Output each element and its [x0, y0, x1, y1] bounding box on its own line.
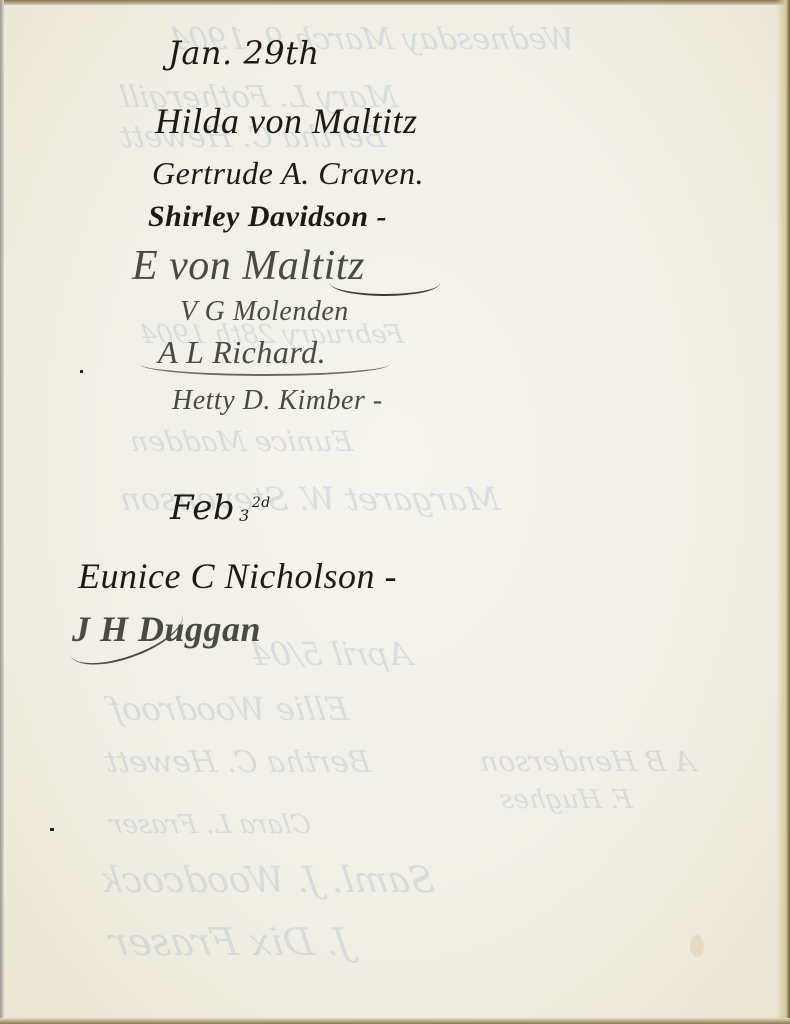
bleed-through-text: April 5/04 — [247, 635, 414, 673]
bleed-through-text: A B Henderson — [478, 745, 697, 778]
signature-underline — [140, 352, 390, 376]
paper-stain — [690, 935, 704, 957]
page-bottom-edge — [0, 1018, 790, 1024]
date-month: Feb — [170, 488, 235, 528]
bleed-through-text: Bertha C. Hewett — [103, 745, 373, 780]
ink-speck — [80, 370, 83, 373]
book-page: Wednesday March 9. 1904 Mary L. Fothergi… — [0, 0, 790, 1024]
signature: Eunice C Nicholson - — [78, 555, 397, 597]
bleed-through-text: Clara L. Fraser — [108, 810, 313, 840]
ink-speck — [50, 828, 54, 831]
signature: V G Molenden — [180, 296, 349, 328]
signature: Shirley Davidson - — [148, 200, 387, 234]
date-heading: Jan. 29th — [168, 34, 320, 72]
bleed-through-text: J. Dix Fraser — [107, 920, 353, 964]
signature-flourish — [61, 591, 190, 677]
bleed-through-text: Ellie Woodroof — [107, 690, 351, 728]
page-top-edge — [0, 0, 790, 5]
date-day: 3 — [239, 506, 250, 525]
signature-flourish — [330, 270, 440, 296]
bleed-through-text: Eunice Madden — [128, 425, 355, 458]
bleed-through-text: Saml. J. Woodcock — [97, 860, 437, 901]
signature: Gertrude A. Craven. — [152, 155, 424, 192]
signature: Hetty D. Kimber - — [172, 385, 383, 417]
page-left-edge — [0, 0, 4, 1024]
bleed-through-text: F. Hughes — [498, 785, 634, 815]
signature: Hilda von Maltitz — [155, 100, 418, 142]
page-right-edge — [776, 0, 790, 1024]
date-heading: Feb32d — [170, 488, 271, 528]
date-suffix: 2d — [252, 495, 271, 511]
